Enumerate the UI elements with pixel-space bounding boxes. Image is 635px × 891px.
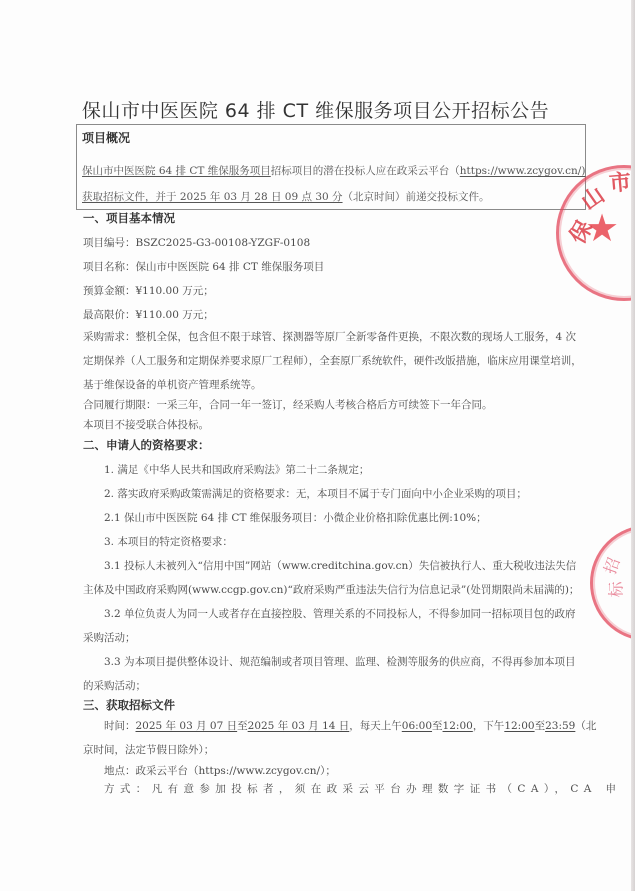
section3-heading: 三、获取招标文件 xyxy=(83,697,175,713)
document-page: 保山市中医医院 64 排 CT 维保服务项目公开招标公告 项目概况 保山市中医医… xyxy=(0,0,631,891)
overview-line-1: 保山市中医医院 64 排 CT 维保服务项目招标项目的潜在投标人应在政采云平台（… xyxy=(82,163,585,178)
consortium-note: 本项目不接受联合体投标。 xyxy=(83,417,209,432)
demand-line-1: 采购需求：整机全保，包含但不限于球管、探测器等原厂全新零备件更换，不限次数的现场… xyxy=(83,329,576,344)
project-name: 项目名称：保山市中医医院 64 排 CT 维保服务项目 xyxy=(83,259,324,274)
qualification-3-1-a: 3.1 投标人未被列入“信用中国”网站（www.creditchina.gov.… xyxy=(104,558,576,573)
acquisition-method: 方式：凡有意参加投标者，须在政采云平台办理数字证书（CA），CA 申 xyxy=(104,781,621,796)
qualification-3-3-a: 3.3 为本项目提供整体设计、规范编制或者项目管理、监理、检测等服务的供应商，不… xyxy=(104,654,576,669)
overview-project-link: 保山市中医医院 64 排 CT 维保服务项目 xyxy=(82,165,271,177)
pm-end: 23:59 xyxy=(545,720,575,732)
document-title: 保山市中医医院 64 排 CT 维保服务项目公开招标公告 xyxy=(0,96,631,123)
am-start: 06:00 xyxy=(402,720,432,732)
demand-line-2: 定期保养（人工服务和定期保养要求原厂工程师），全套原厂系统软件，硬件改版措施，临… xyxy=(83,353,582,368)
demand-line-3: 基于维保设备的单机资产管理系统等。 xyxy=(83,377,262,392)
pm-start: 12:00 xyxy=(504,720,534,732)
contract-term: 合同履行期限：一采三年，合同一年一签订，经采购人考核合格后方可续签下一年合同。 xyxy=(83,397,493,412)
qualification-2: 2. 落实政府采购政策需满足的资格要求：无，本项目不属于专门面向中小企业采购的项… xyxy=(104,486,527,501)
qualification-3-3-b: 的采购活动； xyxy=(83,678,146,693)
budget-amount: 预算金额：¥110.00 万元； xyxy=(83,283,214,298)
seal-star-icon: ★ xyxy=(585,206,619,250)
page-edge-divider xyxy=(631,0,635,891)
am-end: 12:00 xyxy=(443,720,473,732)
time-end: 2025 年 03 月 14 日 xyxy=(248,720,350,732)
acquisition-time-line-2: 京时间，法定节假日除外）； xyxy=(83,742,214,757)
qualification-3-1-b: 主体及中国政府采购网(www.ccgp.gov.cn)“政府采购严重违法失信行为… xyxy=(83,582,579,597)
section2-heading: 二、申请人的资格要求： xyxy=(83,437,210,453)
seal-char: 标 xyxy=(604,581,627,597)
qualification-3-2-a: 3.2 单位负责人为同一人或者存在直接控股、管理关系的不同投标人，不得参加同一招… xyxy=(104,606,576,621)
project-overview-box: 项目概况 保山市中医医院 64 排 CT 维保服务项目招标项目的潜在投标人应在政… xyxy=(76,124,586,210)
overview-deadline: 获取招标文件，并于 2025 年 03 月 28 日 09 点 30 分 xyxy=(82,191,343,203)
time-start: 2025 年 03 月 07 日 xyxy=(136,720,238,732)
project-number: 项目编号：BSZC2025-G3-00108-YZGF-0108 xyxy=(83,235,310,250)
seal-char: 市 xyxy=(608,165,633,198)
seal-char: 招 xyxy=(597,554,624,577)
tender-seal-stamp: 招 标 xyxy=(590,525,635,641)
qualification-3-2-b: 采购活动； xyxy=(83,630,136,645)
qualification-2-1: 2.1 保山市中医医院 64 排 CT 维保服务项目：小微企业价格扣除优惠比例:… xyxy=(104,510,487,525)
qualification-3: 3. 本项目的特定资格要求： xyxy=(104,534,233,549)
section1-heading: 一、项目基本情况 xyxy=(83,210,175,226)
acquisition-time: 时间：2025 年 03 月 07 日至2025 年 03 月 14 日，每天上… xyxy=(104,718,596,733)
zcygov-url: https://www.zcygov.cn/) xyxy=(460,165,586,177)
qualification-1: 1. 满足《中华人民共和国政府采购法》第二十二条规定； xyxy=(104,462,369,477)
overview-line-2: 获取招标文件，并于 2025 年 03 月 28 日 09 点 30 分（北京时… xyxy=(82,189,490,204)
acquisition-place: 地点：政采云平台（https://www.zcygov.cn/）； xyxy=(104,763,336,778)
max-price: 最高限价：¥110.00 万元； xyxy=(83,307,214,322)
overview-heading: 项目概况 xyxy=(82,129,130,146)
